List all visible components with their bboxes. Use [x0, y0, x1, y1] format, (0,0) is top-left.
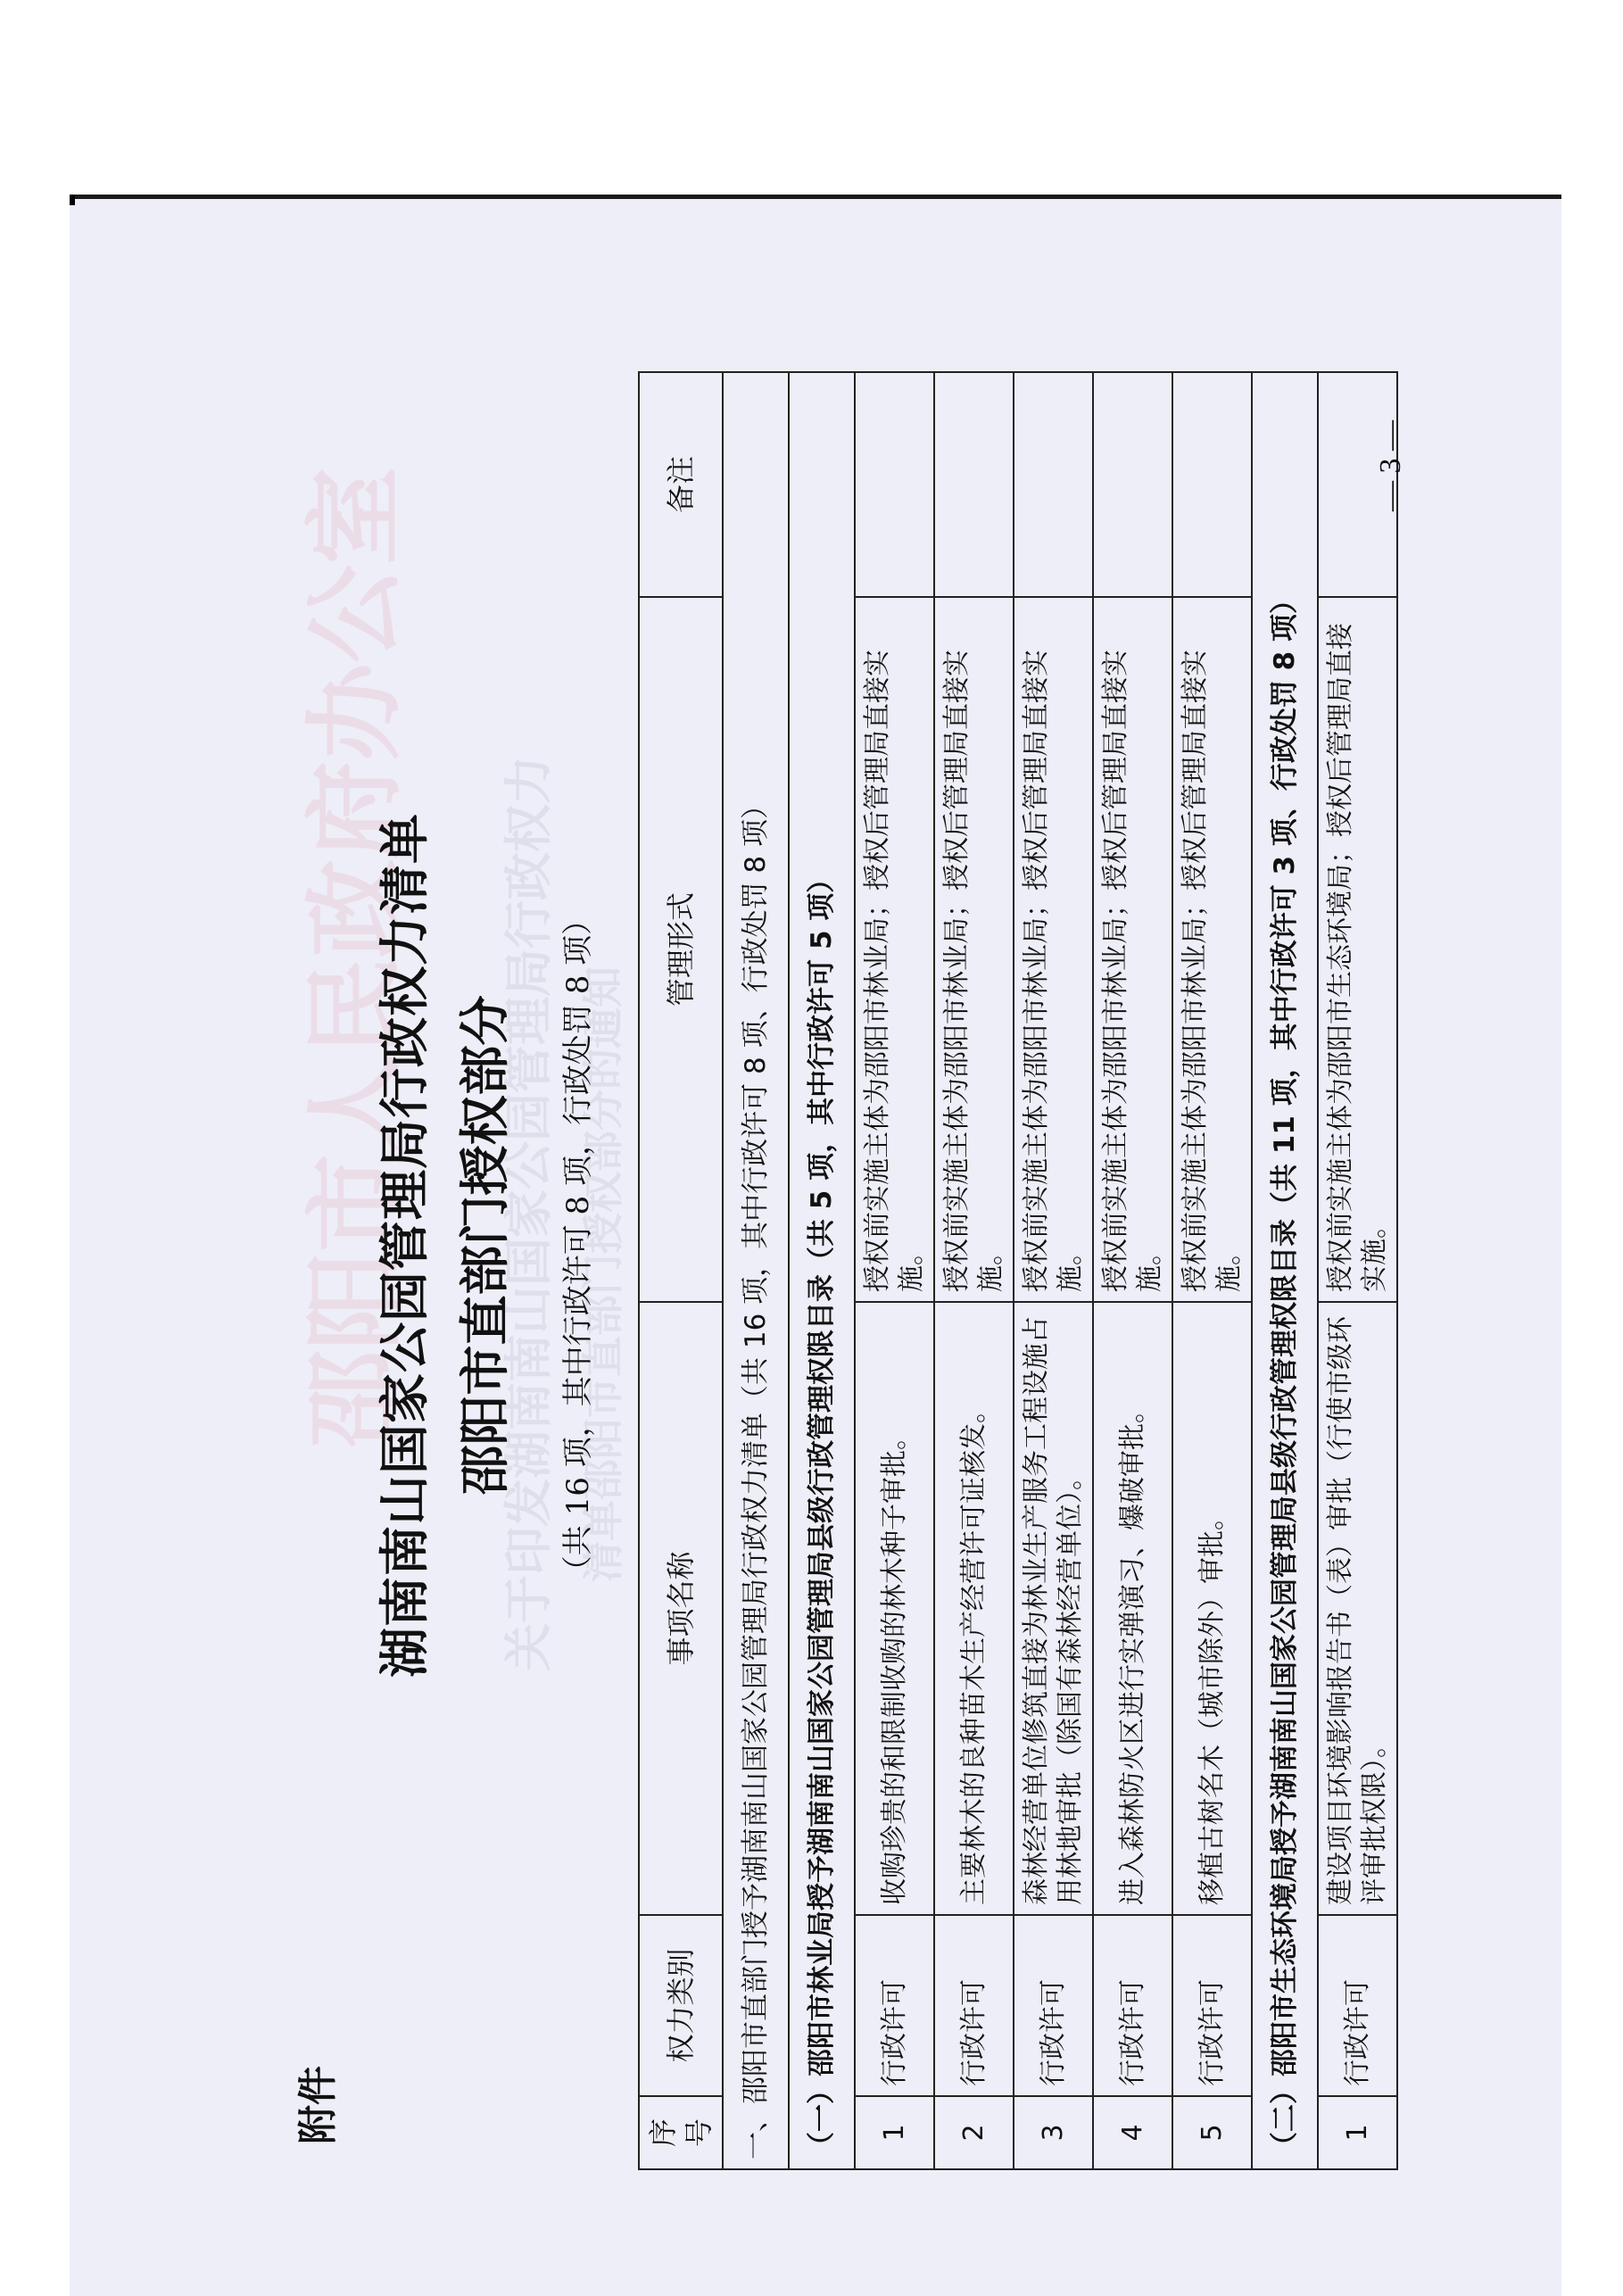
attachment-label: 附件: [286, 2066, 343, 2144]
row-mode: 授权前实施主体为邵阳市林业局；授权后管理局直接实施。: [1093, 597, 1172, 1302]
table-row: 1 行政许可 建设项目环境影响报告书（表）审批（行使市级环评审批权限）。 授权前…: [1318, 372, 1397, 2169]
document-subtitle: （共 16 项，其中行政许可 8 项，行政处罚 8 项）: [553, 195, 597, 2296]
page-number: — 3 —: [1374, 420, 1408, 511]
header-seq: 序号: [639, 2096, 723, 2169]
row-note: [1172, 372, 1252, 597]
row-seq: 4: [1093, 2096, 1172, 2169]
row-name: 森林经营单位修筑直接为林业生产服务工程设施占用林地审批（除国有森林经营单位）。: [1014, 1302, 1093, 1915]
row-mode: 授权前实施主体为邵阳市林业局；授权后管理局直接实施。: [1014, 597, 1093, 1302]
row-name: 移植古树名木（城市除外）审批。: [1172, 1302, 1252, 1915]
row-category: 行政许可: [1014, 1915, 1093, 2096]
header-note: 备注: [639, 372, 723, 597]
row-mode: 授权前实施主体为邵阳市生态环境局；授权后管理局直接实施。: [1318, 597, 1397, 1302]
rotated-page: 邵阳市人民政府办公室 关于印发湖南南山国家公园管理局行政权力 清单邵阳市直部门授…: [71, 195, 1561, 2296]
row-note: [855, 372, 934, 597]
row-seq: 2: [934, 2096, 1014, 2169]
subsection-1-title: （一）邵阳市林业局授予湖南南山国家公园管理局县级行政管理权限目录（共 5 项，其…: [789, 372, 855, 2169]
row-category: 行政许可: [1318, 1915, 1397, 2096]
power-list-table: 序号 权力类别 事项名称 管理形式 备注 一、邵阳市直部门授予湖南南山国家公园管…: [638, 371, 1398, 2170]
row-category: 行政许可: [855, 1915, 934, 2096]
subsection-row: （一）邵阳市林业局授予湖南南山国家公园管理局县级行政管理权限目录（共 5 项，其…: [789, 372, 855, 2169]
subsection-row: （二）邵阳市生态环境局授予湖南南山国家公园管理局县级行政管理权限目录（共 11 …: [1252, 372, 1318, 2169]
row-seq: 1: [1318, 2096, 1397, 2169]
row-category: 行政许可: [1172, 1915, 1252, 2096]
row-note: [1014, 372, 1093, 597]
row-note: [934, 372, 1014, 597]
table-row: 4 行政许可 进入森林防火区进行实弹演习、爆破审批。 授权前实施主体为邵阳市林业…: [1093, 372, 1172, 2169]
row-seq: 3: [1014, 2096, 1093, 2169]
table-row: 5 行政许可 移植古树名木（城市除外）审批。 授权前实施主体为邵阳市林业局；授权…: [1172, 372, 1252, 2169]
header-mode: 管理形式: [639, 597, 723, 1302]
row-name: 建设项目环境影响报告书（表）审批（行使市级环评审批权限）。: [1318, 1302, 1397, 1915]
table-row: 1 行政许可 收购珍贵的和限制收购的林木种子审批。 授权前实施主体为邵阳市林业局…: [855, 372, 934, 2169]
row-mode: 授权前实施主体为邵阳市林业局；授权后管理局直接实施。: [934, 597, 1014, 1302]
header-category: 权力类别: [639, 1915, 723, 2096]
section-1-title: 一、邵阳市直部门授予湖南南山国家公园管理局行政权力清单（共 16 项，其中行政许…: [723, 372, 789, 2169]
document-title: 湖南南山国家公园管理局行政权力清单: [366, 195, 437, 2296]
row-name: 收购珍贵的和限制收购的林木种子审批。: [855, 1302, 934, 1915]
header-name: 事项名称: [639, 1302, 723, 1915]
document-title-line2: 邵阳市直部门授权部分: [446, 195, 518, 2296]
table-header-row: 序号 权力类别 事项名称 管理形式 备注: [639, 372, 723, 2169]
row-category: 行政许可: [934, 1915, 1014, 2096]
section-row: 一、邵阳市直部门授予湖南南山国家公园管理局行政权力清单（共 16 项，其中行政许…: [723, 372, 789, 2169]
row-note: [1093, 372, 1172, 597]
row-seq: 5: [1172, 2096, 1252, 2169]
table-row: 2 行政许可 主要林木的良种苗木生产经营许可证核发。 授权前实施主体为邵阳市林业…: [934, 372, 1014, 2169]
row-mode: 授权前实施主体为邵阳市林业局；授权后管理局直接实施。: [855, 597, 934, 1302]
subsection-2-title: （二）邵阳市生态环境局授予湖南南山国家公园管理局县级行政管理权限目录（共 11 …: [1252, 372, 1318, 2169]
row-name: 进入森林防火区进行实弹演习、爆破审批。: [1093, 1302, 1172, 1915]
row-category: 行政许可: [1093, 1915, 1172, 2096]
row-seq: 1: [855, 2096, 934, 2169]
row-mode: 授权前实施主体为邵阳市林业局；授权后管理局直接实施。: [1172, 597, 1252, 1302]
row-name: 主要林木的良种苗木生产经营许可证核发。: [934, 1302, 1014, 1915]
table-row: 3 行政许可 森林经营单位修筑直接为林业生产服务工程设施占用林地审批（除国有森林…: [1014, 372, 1093, 2169]
